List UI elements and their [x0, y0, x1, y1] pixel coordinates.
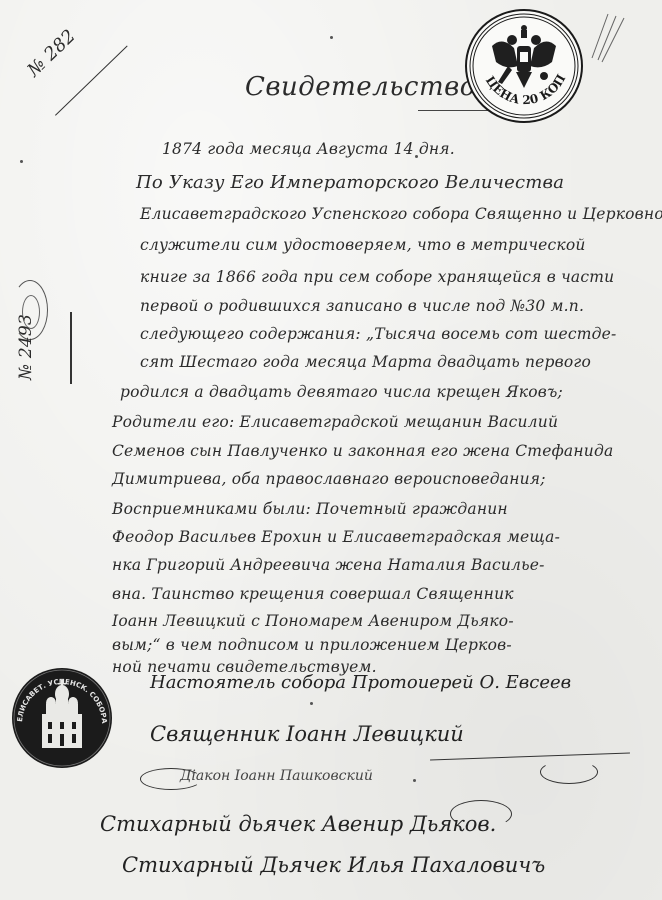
margin-register-number: № 2493	[16, 314, 36, 380]
body-line: Елисаветградского Успенского собора Свящ…	[140, 205, 662, 223]
body-line: сят Шестаго года месяца Марта двадцать п…	[140, 353, 591, 371]
body-line: Феодор Васильев Ерохин и Елисаветградска…	[112, 528, 560, 546]
margin-number-underline	[70, 312, 72, 384]
reference-underline	[55, 46, 128, 116]
signature-flourish	[540, 760, 598, 784]
body-line: нка Григорий Андреевича жена Наталия Вас…	[112, 556, 545, 574]
paper-speck	[330, 36, 333, 39]
body-line: Димитриева, оба православнаго вероиспове…	[112, 470, 546, 488]
body-line: книге за 1866 года при сем соборе хранящ…	[140, 268, 614, 286]
document-title: Свидетельство	[245, 72, 476, 102]
paper-speck	[310, 702, 313, 705]
signature-sacristan-1: Стихарный дьячек Авенир Дьяков.	[100, 812, 496, 836]
stamp-cancel-scribble	[588, 8, 628, 68]
paper-speck	[415, 155, 418, 158]
revenue-stamp: ЦЕНА 20 КОП. СЕР.	[462, 6, 592, 128]
paper-speck	[20, 160, 23, 163]
body-line: служители сим удостоверяем, что в метрич…	[140, 236, 586, 254]
signature-sacristan-2: Стихарный Дьячек Илья Пахаловичъ	[122, 853, 545, 877]
body-line: Семенов сын Павлученко и законная его же…	[112, 442, 613, 460]
body-line: вым;“ в чем подписом и приложением Церко…	[112, 636, 512, 654]
body-line: первой о родившихся записано в числе под…	[140, 297, 584, 315]
body-line: 1874 года месяца Августа 14 дня.	[162, 140, 455, 158]
body-line: По Указу Его Императорского Величества	[136, 172, 564, 193]
body-line: Іоанн Левицкий с Пономарем Авениром Дьяк…	[112, 612, 514, 630]
body-line: Родители его: Елисаветградской мещанин В…	[112, 413, 558, 431]
document-page: № 282 Свидетельство	[0, 0, 662, 900]
signature-underline	[430, 753, 630, 761]
signature-rector: Настоятель собора Протоиерей О. Евсеев	[150, 672, 571, 693]
double-headed-eagle-icon: ЦЕНА 20 КОП. СЕР.	[462, 6, 592, 128]
signature-deacon: Діакон Іоанн Пашковский	[180, 768, 373, 784]
body-line: вна. Таинство крещения совершал Священни…	[112, 585, 514, 603]
cathedral-seal: ЕЛИСАВЕТ. УСПЕНСК. СОБОРА ХЕРСОНСК. ЕПАР…	[8, 664, 116, 772]
signature-priest: Священник Іоанн Левицкий	[150, 722, 464, 746]
deacon-flourish	[140, 768, 202, 790]
cathedral-icon: ЕЛИСАВЕТ. УСПЕНСК. СОБОРА ХЕРСОНСК. ЕПАР…	[8, 664, 116, 772]
body-line: следующего содержания: „Тысяча восемь со…	[140, 325, 616, 343]
sacristan-flourish	[450, 800, 512, 828]
reference-number: № 282	[23, 26, 79, 81]
body-line: Восприемниками были: Почетный гражданин	[112, 500, 508, 518]
paper-speck	[413, 779, 416, 782]
body-line: родился а двадцать девятаго числа крещен…	[120, 383, 563, 401]
